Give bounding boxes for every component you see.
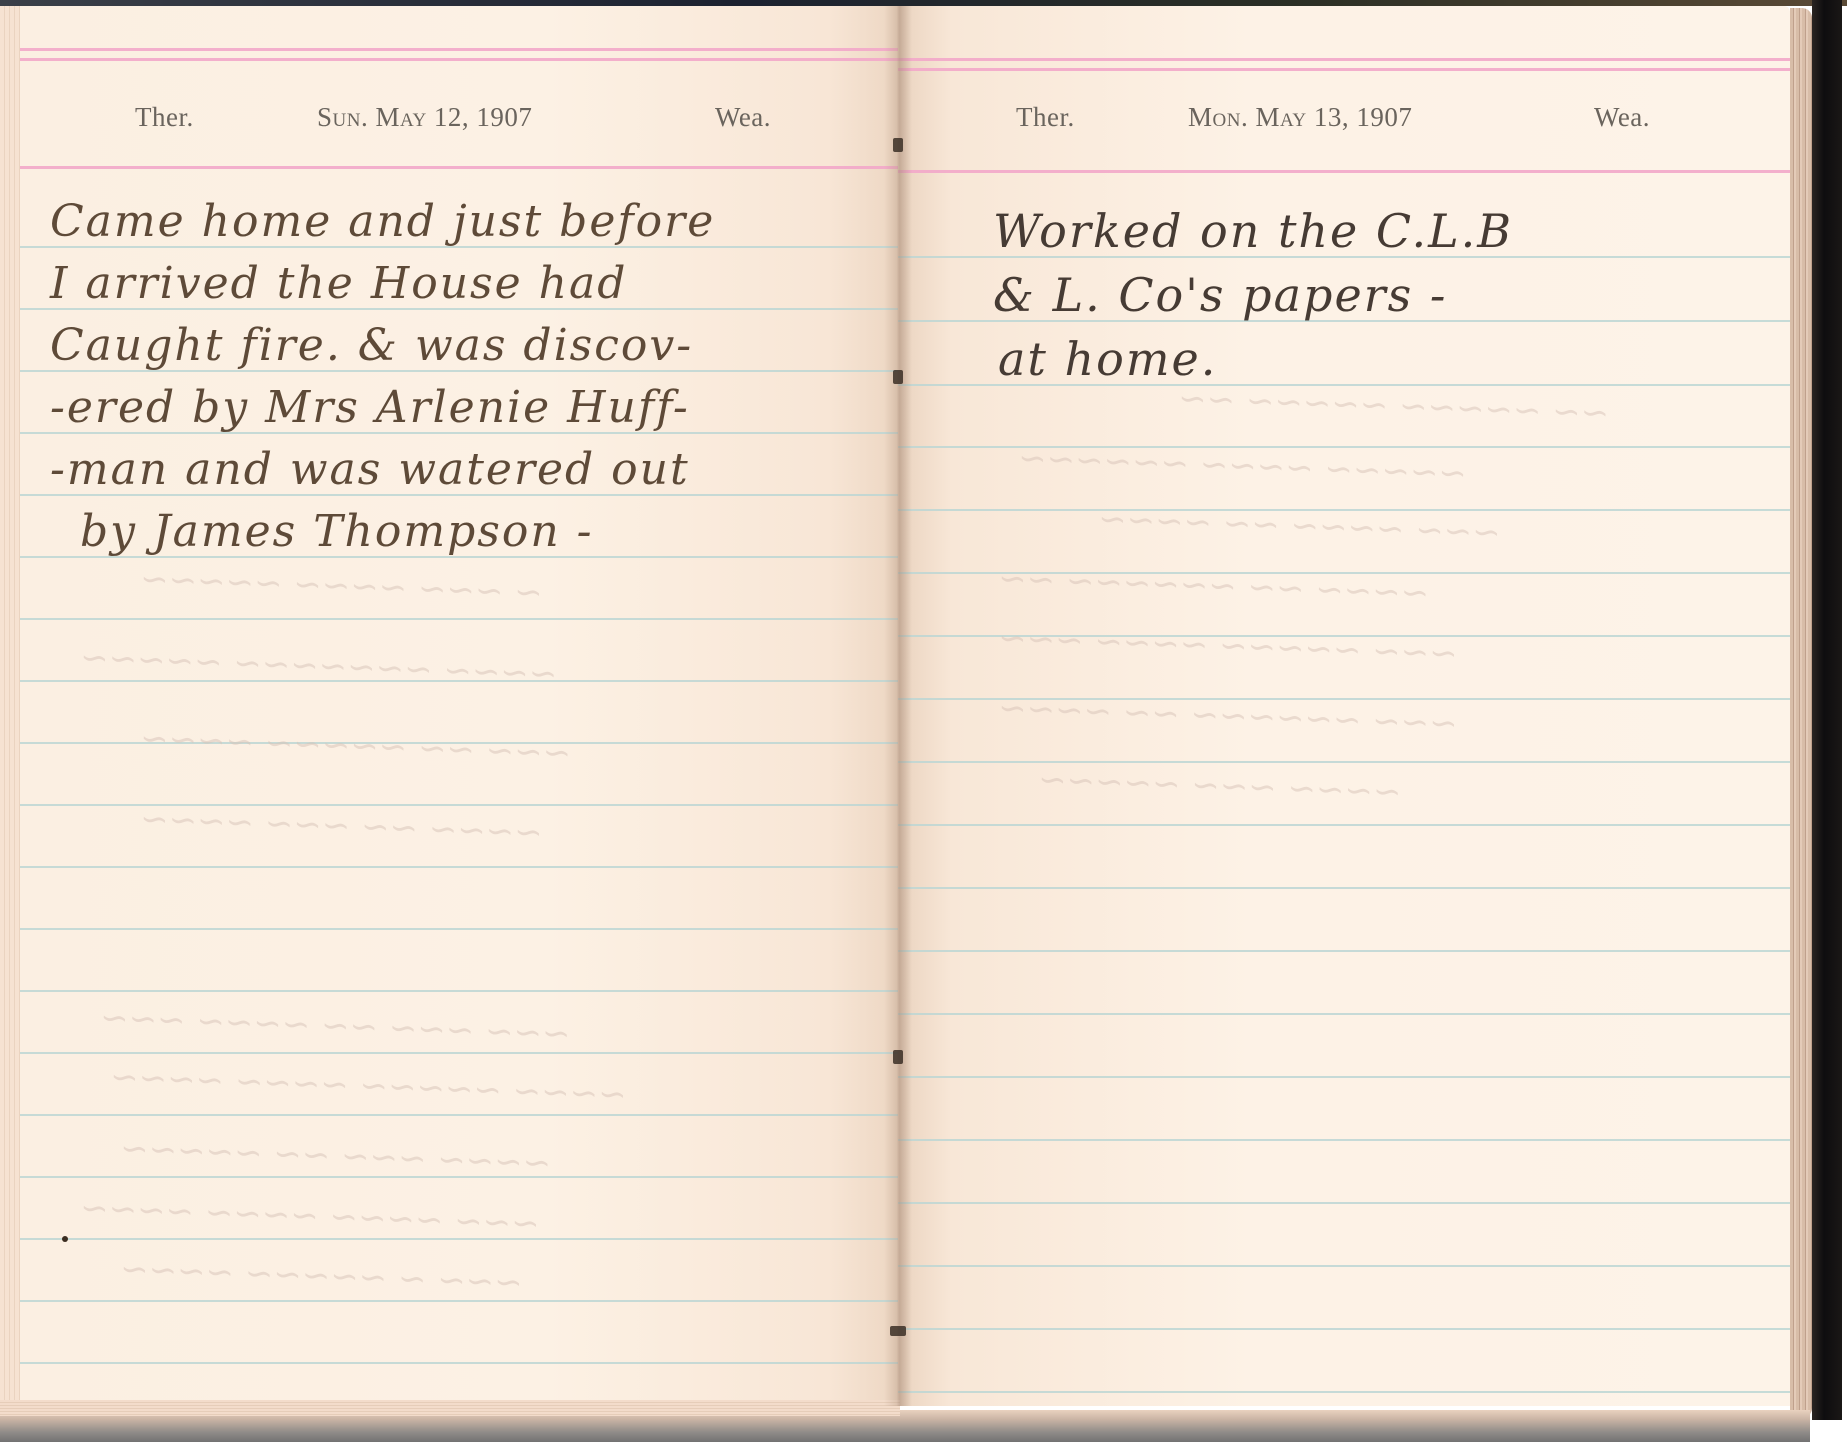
binding-stitch [893,370,903,384]
header-pink-rule [20,166,898,169]
right-page-stack-edge [1790,8,1812,1418]
bleed-through-texture: ~~~ ~~~ ~~ ~~~~ ~~~ [99,998,571,1054]
left-page-stack-edge [0,6,20,1406]
ruled-line [898,824,1790,826]
bleed-through-texture: ~~~ ~~~~ ~~ ~~~~ [1097,499,1501,553]
top-pink-rule [20,48,898,51]
top-pink-rule [898,58,1790,61]
ink-speck [62,1236,68,1242]
top-pink-rule-2 [898,68,1790,71]
top-pink-rule-2 [20,58,898,61]
ruled-line [20,866,898,868]
entry-line: Caught fire. & was discov- [50,320,693,371]
entry-line: -ered by Mrs Arlenie Huff- [50,382,690,433]
ruled-line [898,1328,1790,1330]
left-page-header: Ther. Sun. May 12, 1907 Wea. [20,102,898,142]
ruled-line [898,761,1790,763]
bleed-through-texture: ~~~~ ~~ ~~~ ~~~~ [139,799,543,853]
ruled-line [20,618,898,620]
spine-gutter [884,6,912,1406]
bleed-through-texture: ~~~ ~~~~~ ~~~~ ~~~ [997,618,1458,674]
bleed-through-texture: ~~~~ ~~~~~ ~~~~ ~~~~ [109,1057,627,1115]
binding-stitch [890,1326,906,1336]
ruled-line [898,1139,1790,1141]
ruled-line [20,1114,898,1116]
entry-line: -man and was watered out [50,444,690,495]
binding-stitch [893,1050,903,1064]
ruled-line [898,1391,1790,1393]
bleed-through-texture: ~ ~~~ ~~~~ ~~~~~ [139,559,543,613]
diary-photo: Ther. Sun. May 12, 1907 Wea. ~ ~~~ ~~~~ … [0,0,1847,1455]
ruled-line [20,990,898,992]
bottom-page-stack-edge [0,1400,900,1416]
ruled-line [898,1013,1790,1015]
right-page: Ther. Mon. May 13, 1907 Wea. ~~ ~~~~~ ~~… [898,6,1790,1406]
ther-label: Ther. [135,102,194,133]
bleed-through-texture: ~~ ~~~~~ ~~~~~ ~~ [1177,378,1609,433]
header-pink-rule [898,170,1790,173]
wea-label: Wea. [715,102,771,133]
wea-label: Wea. [1594,102,1650,133]
left-page: Ther. Sun. May 12, 1907 Wea. ~ ~~~ ~~~~ … [20,6,898,1406]
entry-line: Worked on the C.L.B [993,204,1513,258]
entry-line: by James Thompson - [80,506,594,557]
bleed-through-texture: ~~~ ~~~~~~ ~~ ~~~~ [997,688,1458,744]
ruled-line [20,1362,898,1364]
entry-line: & L. Co's papers - [993,268,1447,322]
ther-label: Ther. [1016,102,1075,133]
page-date: Sun. May 12, 1907 [317,102,532,133]
ruled-line [898,1265,1790,1267]
ruled-line [898,887,1790,889]
entry-line: I arrived the House had [50,258,627,309]
ruled-line [20,928,898,930]
entry-line: Came home and just before [50,196,715,247]
binding-stitch [893,138,903,152]
entry-line: at home. [998,332,1217,386]
book-cover-edge [1812,0,1842,1420]
bleed-through-texture: ~~~~ ~~~~~~~ ~~~~~ [79,638,558,695]
bleed-through-texture: ~~~ ~~~~ ~~~~ ~~~~ [79,1188,540,1244]
ruled-line [898,1202,1790,1204]
ruled-line [898,1076,1790,1078]
ruled-line [898,950,1790,952]
bleed-through-texture: ~~~ ~~ ~~~~~ ~~~~ [139,718,571,773]
page-date: Mon. May 13, 1907 [1188,102,1412,133]
bleed-through-texture: ~~~~ ~~ ~~~~~~ ~~ [997,558,1429,613]
bleed-through-texture: ~~~~ ~~~ ~~~~~ [1037,760,1402,813]
bleed-through-texture: ~~~ ~ ~~~~~ ~~~~ [119,1249,523,1303]
right-page-header: Ther. Mon. May 13, 1907 Wea. [898,102,1790,142]
ruled-line [20,1052,898,1054]
